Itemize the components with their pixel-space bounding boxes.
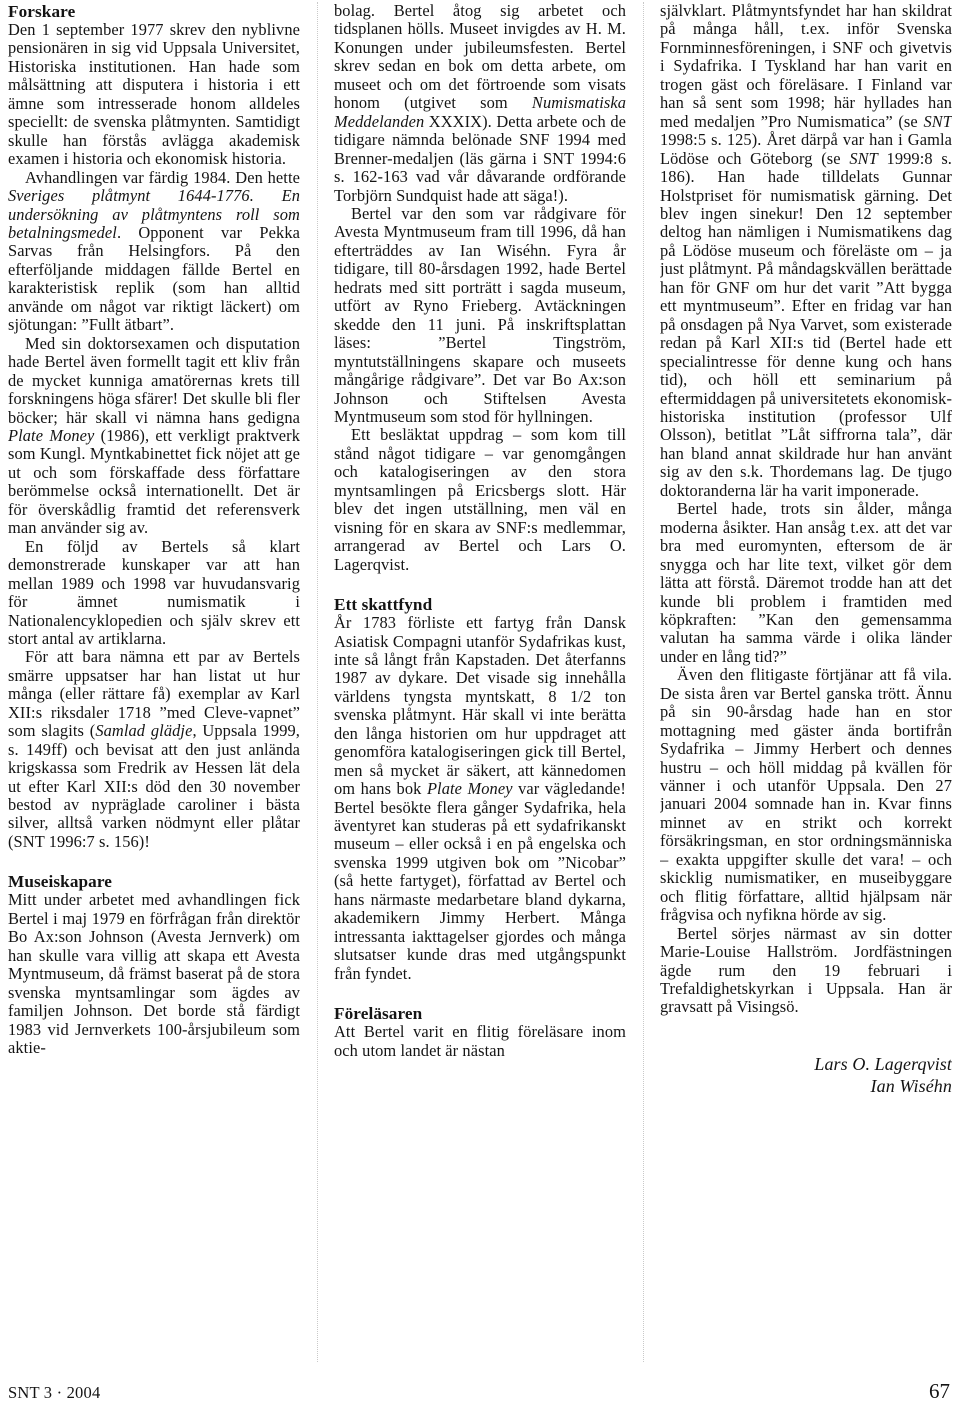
paragraph: Bertel sörjes närmast av sin dotter Mari…: [660, 925, 952, 1017]
text-run: Mitt under arbetet med avhandlingen fick…: [8, 890, 300, 1057]
paragraph: Att Bertel varit en flitig föreläsare in…: [334, 1023, 626, 1060]
paragraph: Den 1 september 1977 skrev den nyblivne …: [8, 21, 300, 169]
text-run: Även den flitigaste förtjänar att få vil…: [660, 665, 952, 924]
text-run: Ett besläktat uppdrag – som kom till stå…: [334, 425, 626, 573]
column-rule: [317, 2, 318, 1362]
paragraph: För att bara nämna ett par av Bertels sm…: [8, 648, 300, 851]
italic-text-run: Plate Money: [8, 426, 94, 445]
text-run: År 1783 förliste ett fartyg från Dansk A…: [334, 613, 626, 798]
text-run: , Uppsala 1999, s. 149ff) och bevisat at…: [8, 721, 300, 851]
paragraph: Avhandlingen var färdig 1984. Den hette …: [8, 169, 300, 335]
column-1: ForskareDen 1 september 1977 skrev den n…: [8, 2, 300, 1362]
page-footer: SNT 3 · 2004 67: [8, 1379, 950, 1404]
text-run: 1999:8 s. 186). Han hade tilldelats Gunn…: [660, 149, 952, 500]
page-number: 67: [929, 1379, 950, 1404]
journal-issue-label: SNT 3 · 2004: [8, 1383, 100, 1403]
text-run: var vägledande! Bertel besökte flera gån…: [334, 779, 626, 983]
text-run: Att Bertel varit en flitig föreläsare in…: [334, 1022, 626, 1059]
paragraph: Mitt under arbetet med avhandlingen fick…: [8, 891, 300, 1057]
paragraph: En följd av Bertels så klart demonstrera…: [8, 538, 300, 649]
author-signature: Lars O. LagerqvistIan Wiséhn: [660, 1053, 952, 1098]
paragraph: självklart. Plåtmyntsfyndet har han skil…: [660, 2, 952, 500]
columns: ForskareDen 1 september 1977 skrev den n…: [8, 2, 952, 1362]
paragraph: År 1783 förliste ett fartyg från Dansk A…: [334, 614, 626, 983]
text-run: Med sin doktorsexamen och disputation ha…: [8, 334, 300, 427]
column-gutter: [300, 2, 334, 1362]
section-heading: Forskare: [8, 2, 300, 21]
paragraph: Bertel hade, trots sin ålder, många mode…: [660, 500, 952, 666]
paragraph: Även den flitigaste förtjänar att få vil…: [660, 666, 952, 924]
column-3: självklart. Plåtmyntsfyndet har han skil…: [660, 2, 952, 1362]
paragraph: Bertel var den som var rådgivare för Ave…: [334, 205, 626, 426]
signature-line: Ian Wiséhn: [660, 1075, 952, 1098]
italic-text-run: Samlad glädje: [95, 721, 192, 740]
column-gutter: [626, 2, 660, 1362]
section-heading: Föreläsaren: [334, 1004, 626, 1023]
journal-page: ForskareDen 1 september 1977 skrev den n…: [0, 0, 960, 1406]
paragraph: Med sin doktorsexamen och disputation ha…: [8, 335, 300, 538]
text-run: En följd av Bertels så klart demonstrera…: [8, 537, 300, 648]
text-run: Bertel hade, trots sin ålder, många mode…: [660, 499, 952, 666]
paragraph: bolag. Bertel åtog sig arbetet och tidsp…: [334, 2, 626, 205]
section-heading: Ett skattfynd: [334, 595, 626, 614]
text-run: Bertel sörjes närmast av sin dotter Mari…: [660, 924, 952, 1017]
paragraph: Ett besläktat uppdrag – som kom till stå…: [334, 426, 626, 574]
signature-line: Lars O. Lagerqvist: [660, 1053, 952, 1076]
text-run: Avhandlingen var färdig 1984. Den hette: [25, 168, 300, 187]
section-heading: Museiskapare: [8, 872, 300, 891]
italic-text-run: Plate Money: [427, 779, 513, 798]
column-rule: [643, 2, 644, 1362]
italic-text-run: SNT: [849, 149, 878, 168]
column-2: bolag. Bertel åtog sig arbetet och tidsp…: [334, 2, 626, 1362]
text-run: Bertel var den som var rådgivare för Ave…: [334, 204, 626, 426]
text-run: självklart. Plåtmyntsfyndet har han skil…: [660, 2, 952, 131]
italic-text-run: SNT: [923, 112, 952, 131]
text-run: Den 1 september 1977 skrev den nyblivne …: [8, 20, 300, 168]
